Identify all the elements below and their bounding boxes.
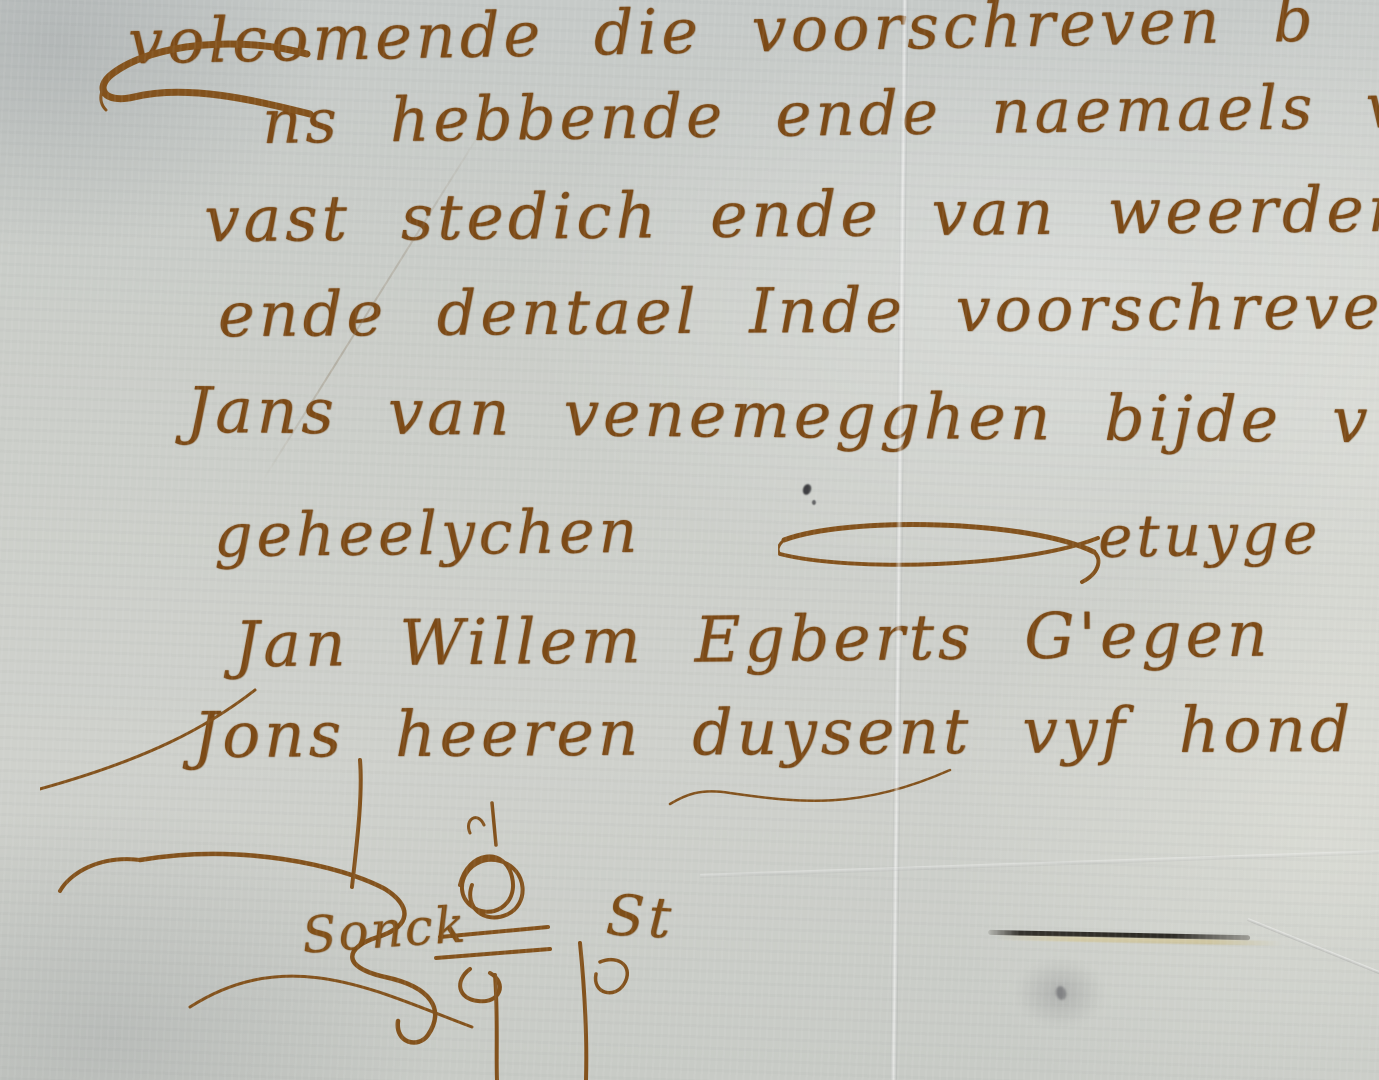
dark-fleck (1054, 985, 1067, 1001)
signature-paraph-flourish (40, 675, 1000, 1080)
manuscript-photo: volcomende die voorschreven b ns hebbend… (0, 0, 1379, 1080)
manuscript-line-7: Jan Willem Egberts G'egen (234, 603, 1272, 677)
manuscript-line-3: vast stedich ende van weerden (204, 178, 1379, 252)
ink-speck (801, 483, 812, 496)
manuscript-line-4: ende dentael Inde voorschreven (218, 276, 1379, 346)
manuscript-line-6-right: etuyge (1098, 504, 1322, 566)
line1-opening-swash-flourish (92, 34, 322, 129)
signature-mark: St (605, 888, 677, 948)
signature-name: Sonck (300, 899, 468, 960)
seal-slit (988, 927, 1288, 957)
line-filler-flourish (778, 508, 1108, 592)
ink-speck-small (812, 500, 816, 505)
manuscript-line-5: Jans van venemegghen bijde v (186, 379, 1372, 452)
manuscript-line-6-left: geheelychen (214, 502, 642, 566)
gray-smudge (1015, 958, 1105, 1028)
manuscript-line-2: ns hebbende ende naemaels v (262, 76, 1379, 153)
